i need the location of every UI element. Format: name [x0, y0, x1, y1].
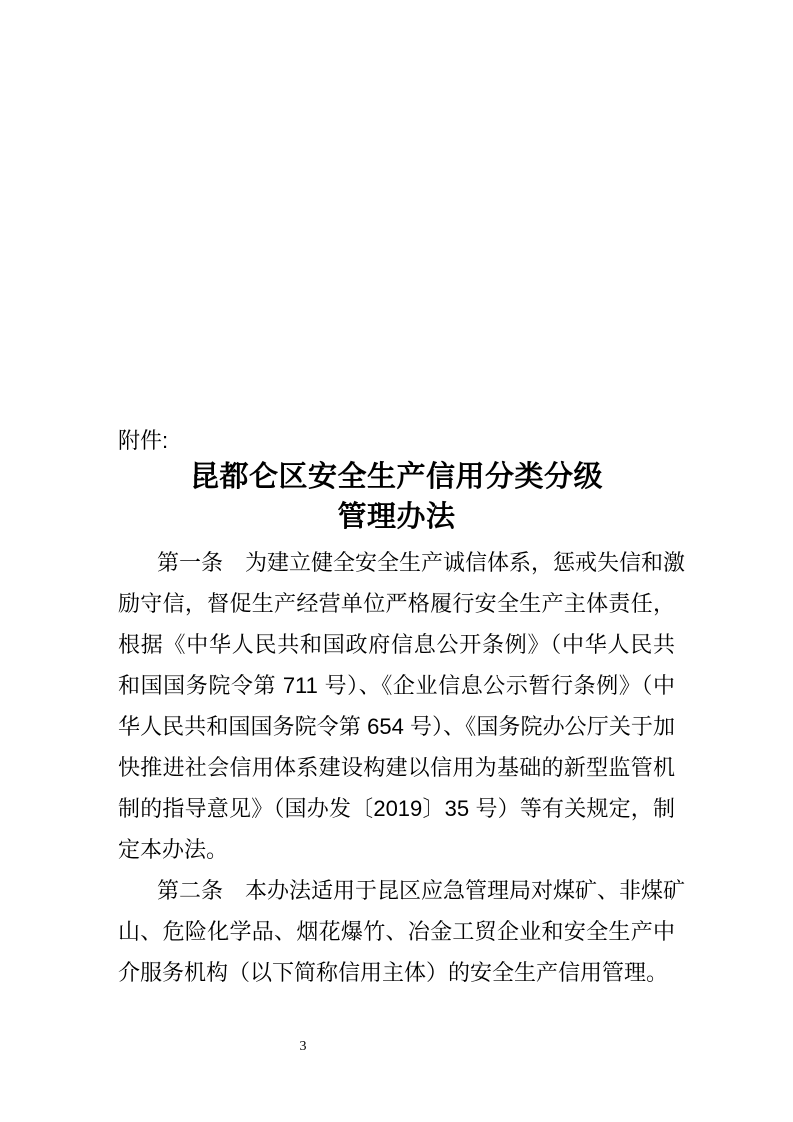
attachment-label: 附件: — [118, 427, 168, 455]
body-line: 制的指导意见》（国办发〔2019〕35 号）等有关规定，制 — [118, 788, 675, 829]
body-line: 介服务机构（以下简称信用主体）的安全生产信用管理。 — [118, 952, 675, 993]
body-line: 第一条 为建立健全安全生产诚信体系，惩戒失信和激 — [118, 542, 675, 583]
page-number: 3 — [294, 1038, 312, 1056]
body-line: 第二条 本办法适用于昆区应急管理局对煤矿、非煤矿 — [118, 870, 675, 911]
body-line: 快推进社会信用体系建设构建以信用为基础的新型监管机 — [118, 747, 675, 788]
body-line: 励守信，督促生产经营单位严格履行安全生产主体责任， — [118, 583, 675, 624]
body-line: 根据《中华人民共和国政府信息公开条例》（中华人民共 — [118, 624, 675, 665]
document-title-line-2: 管理办法 — [0, 497, 793, 537]
body-line: 定本办法。 — [118, 829, 675, 870]
document-page: 附件: 昆都仑区安全生产信用分类分级 管理办法 第一条 为建立健全安全生产诚信体… — [0, 0, 793, 1122]
body-line: 山、危险化学品、烟花爆竹、冶金工贸企业和安全生产中 — [118, 911, 675, 952]
document-title-line-1: 昆都仑区安全生产信用分类分级 — [0, 457, 793, 497]
document-body: 第一条 为建立健全安全生产诚信体系，惩戒失信和激 励守信，督促生产经营单位严格履… — [118, 542, 675, 993]
body-line: 华人民共和国国务院令第 654 号）、《国务院办公厅关于加 — [118, 706, 675, 747]
document-title: 昆都仑区安全生产信用分类分级 管理办法 — [0, 457, 793, 537]
body-line: 和国国务院令第 711 号）、《企业信息公示暂行条例》（中 — [118, 665, 675, 706]
